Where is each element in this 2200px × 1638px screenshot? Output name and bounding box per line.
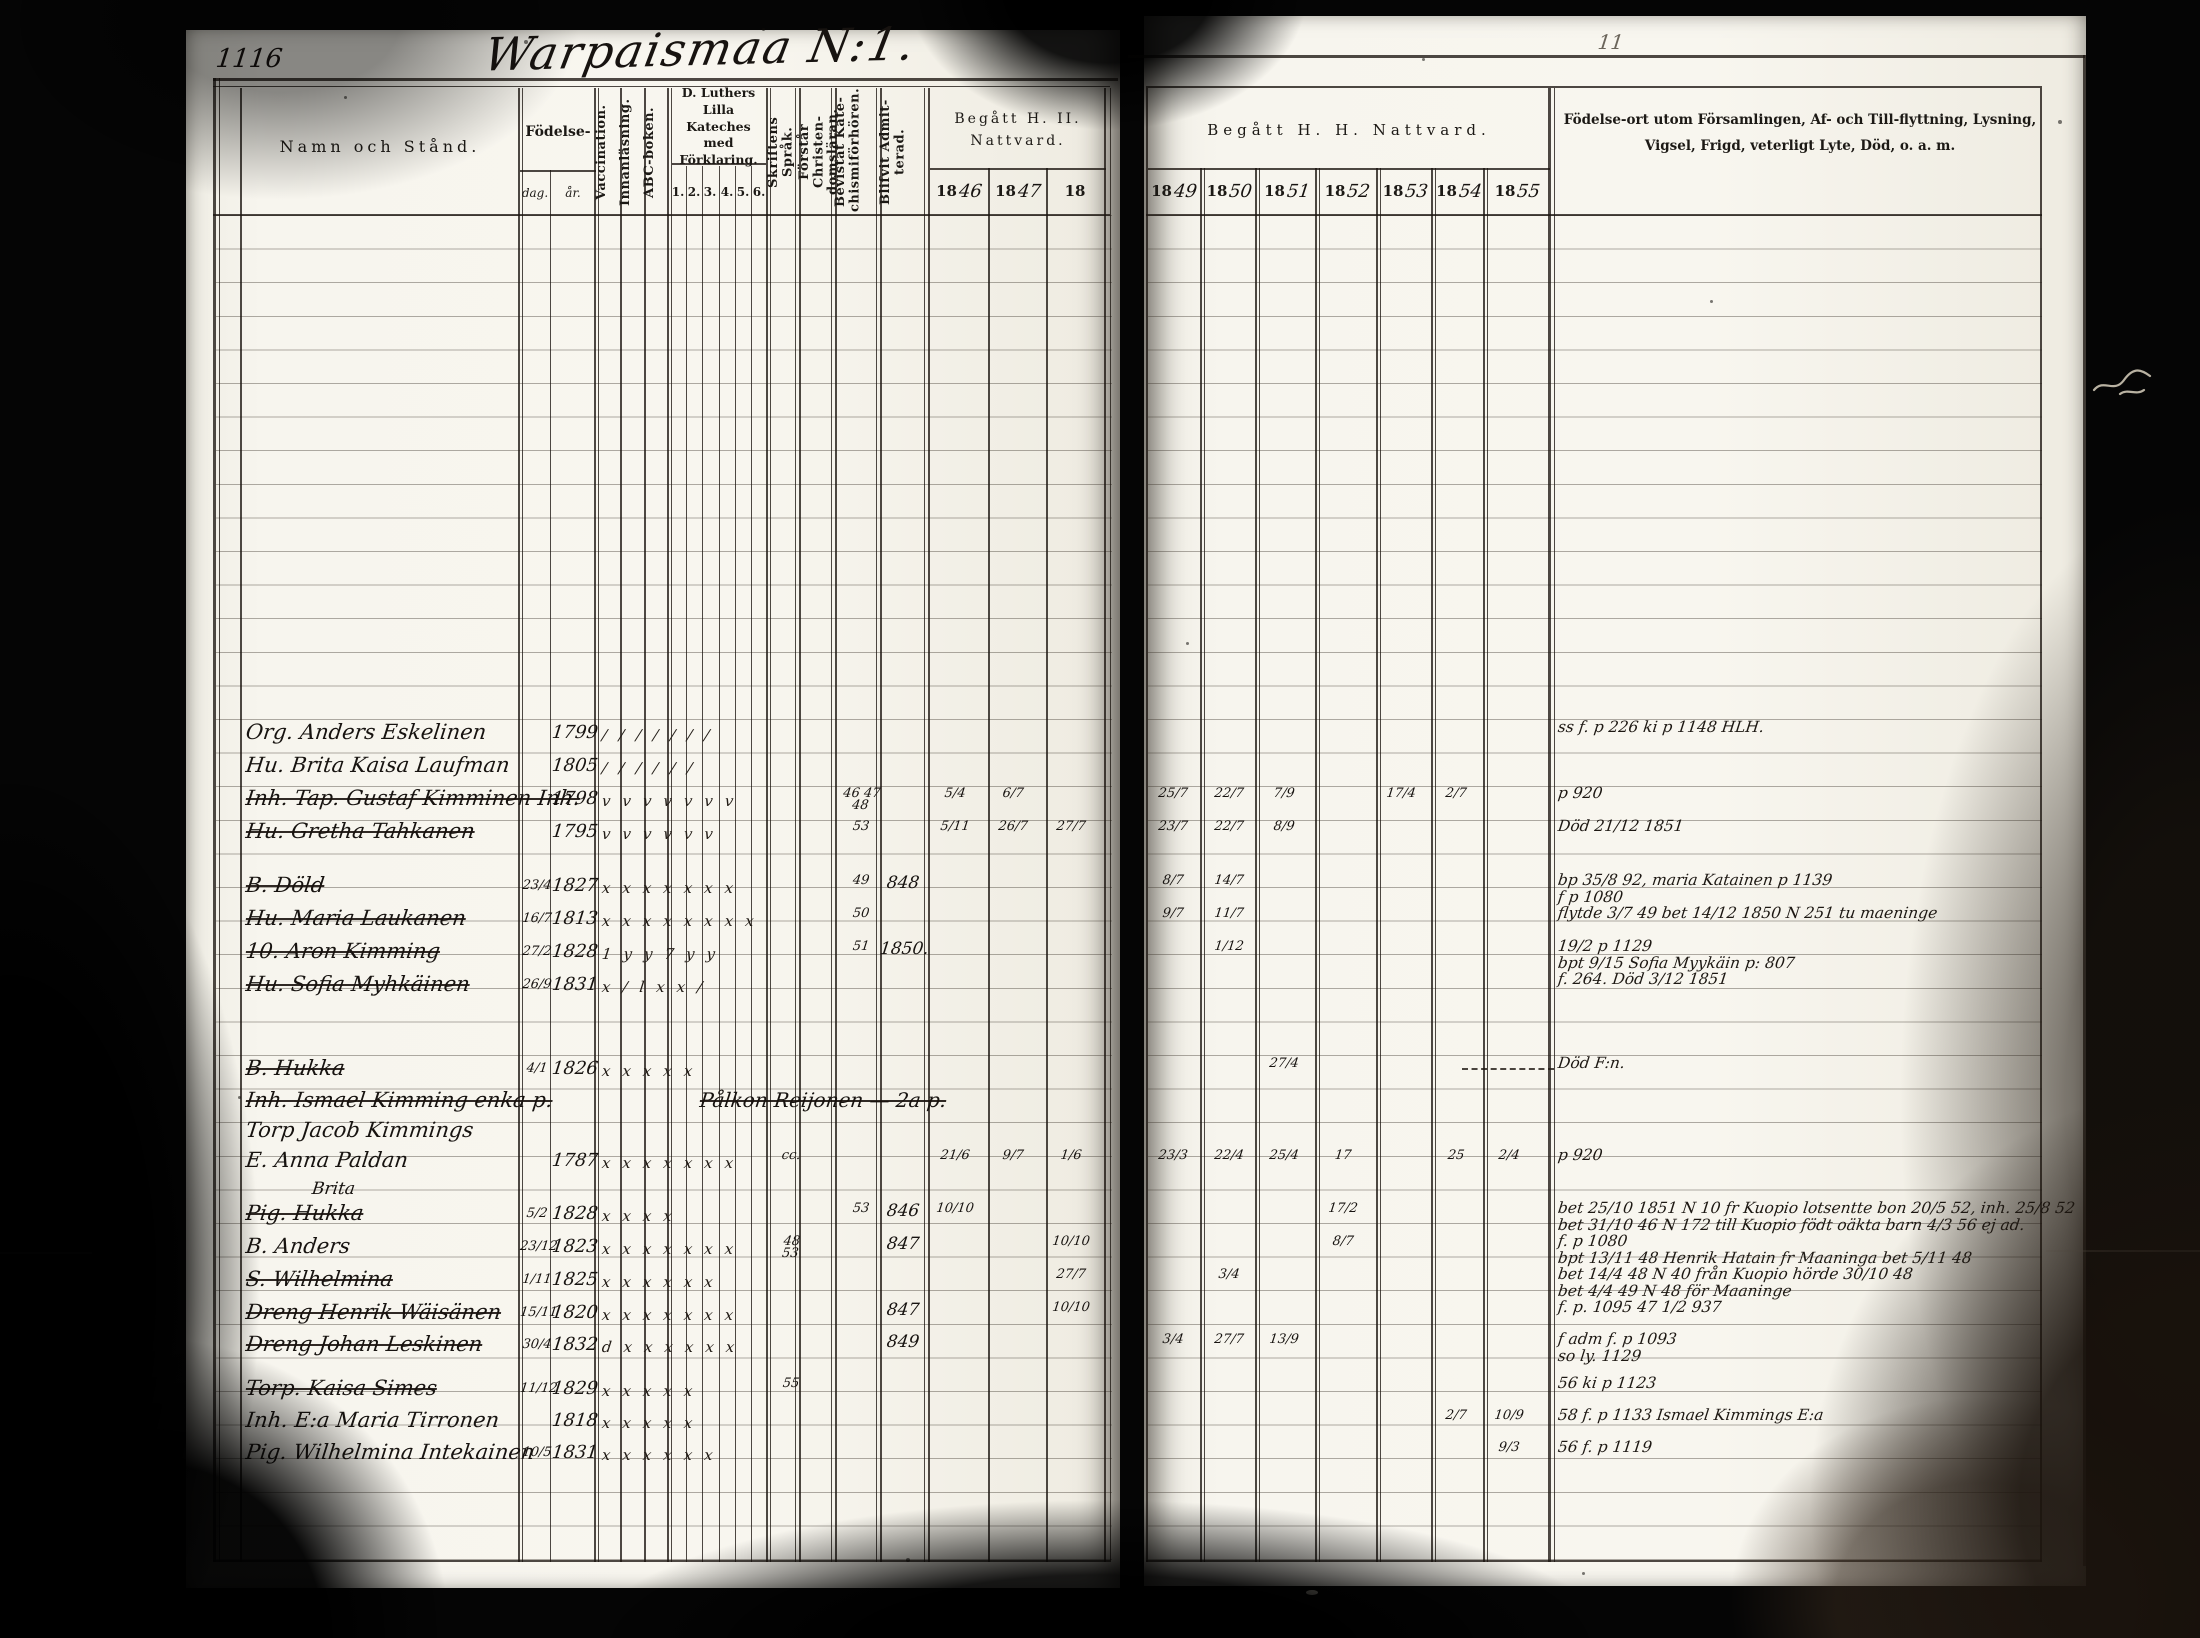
reading-marks: ////// bbox=[601, 759, 706, 777]
person-name: Hu. Maria Laukanen bbox=[245, 906, 468, 930]
person-name: B. Hukka bbox=[245, 1056, 347, 1080]
note-text: f. 264. Död 3/12 1851 bbox=[1557, 970, 1729, 988]
margin-flourish bbox=[2090, 360, 2154, 404]
person-name: B. Anders bbox=[245, 1234, 352, 1258]
note-text: p 920 bbox=[1557, 784, 1604, 802]
communion-mark: 26/7 bbox=[989, 821, 1037, 833]
person-name: Dreng Johan Leskinen bbox=[245, 1332, 484, 1356]
table-row: B. Hukka4/11826xxxxx27/4Död F:n. bbox=[0, 1056, 2200, 1092]
paper-speck bbox=[238, 1096, 241, 1099]
reading-marks: x/lxx/ bbox=[601, 978, 716, 996]
note-text: 56 f. p 1119 bbox=[1557, 1438, 1653, 1456]
catechism-subcolumn-number: 2. bbox=[686, 172, 702, 212]
paper-speck bbox=[1422, 58, 1425, 61]
reading-marks: 1yy7yy bbox=[601, 945, 728, 963]
year-handwritten: 54 bbox=[1458, 181, 1483, 202]
communion-mark: 25 bbox=[1432, 1150, 1480, 1162]
column-header-catechism: D. Luthers Lilla Kateches med Förklaring… bbox=[670, 94, 767, 160]
year-handwritten: 47 bbox=[1017, 181, 1042, 202]
person-name: Inh. Tap. Gustaf Kimminen Inh. bbox=[245, 786, 582, 810]
grid-horizontal-line bbox=[213, 214, 1110, 216]
communion-mark: 46 47 48 bbox=[836, 788, 885, 813]
communion-mark: 10/9 bbox=[1485, 1410, 1533, 1422]
person-name: Dreng Henrik Wäisänen bbox=[245, 1300, 503, 1324]
communion-year-header: 1855 bbox=[1487, 170, 1548, 212]
grid-horizontal-line bbox=[1128, 55, 2085, 58]
note-text: 19/2 p 1129 bbox=[1557, 937, 1653, 955]
reading-marks: xxxx bbox=[601, 1207, 685, 1225]
table-row: Hu. Gretha Tahkanen1795vvvvvv535/1126/72… bbox=[0, 819, 2200, 855]
birth-year: 1832 bbox=[551, 1334, 600, 1355]
reading-marks: xxxxxxx bbox=[601, 1306, 746, 1324]
communion-mark: 3/4 bbox=[1205, 1269, 1253, 1281]
communion-mark: 10/10 bbox=[1047, 1236, 1095, 1248]
communion-mark: 9/7 bbox=[989, 1150, 1037, 1162]
year-handwritten: 49 bbox=[1173, 181, 1198, 202]
communion-mark: 8/7 bbox=[1319, 1236, 1367, 1248]
grid-horizontal-line bbox=[213, 1560, 1110, 1562]
reading-marks: xxxxxx bbox=[601, 1273, 726, 1291]
scan-artifact-line-right bbox=[2046, 1250, 2200, 1252]
year-handwritten: 51 bbox=[1286, 181, 1311, 202]
communion-mark: 17 bbox=[1319, 1150, 1367, 1162]
grid-horizontal-line bbox=[213, 78, 1118, 81]
table-row: Inh. E:a Maria Tirronen1818xxxxx2/710/95… bbox=[0, 1408, 2200, 1444]
communion-year-header: 1852 bbox=[1319, 170, 1376, 212]
year-printed: 18 bbox=[1207, 182, 1228, 200]
communion-mark: 2/7 bbox=[1432, 1410, 1480, 1422]
birth-year: 1820 bbox=[551, 1302, 600, 1323]
overwritten-entry: Pålkon Reijonen — 2a p. bbox=[699, 1088, 1172, 1112]
scan-artifact-line-left bbox=[0, 1252, 92, 1254]
person-name: Torp Jacob Kimmings bbox=[245, 1118, 475, 1142]
catechism-subcolumn-number: 5. bbox=[735, 172, 751, 212]
column-header-notes-line2: Vigsel, Frigd, veterligt Lyte, Död, o. a… bbox=[1562, 138, 2038, 154]
table-row: Dreng Henrik Wäisänen15/111820xxxxxxx847… bbox=[0, 1300, 2200, 1336]
reading-marks: xxxxxxx bbox=[601, 1154, 746, 1172]
person-name: S. Wilhelmina bbox=[245, 1267, 395, 1291]
note-text: bet 25/10 1851 N 10 fr Kuopio lotsentte … bbox=[1557, 1199, 2076, 1217]
note-text: 58 f. p 1133 Ismael Kimmings E:a bbox=[1557, 1406, 1825, 1424]
year-printed: 18 bbox=[1383, 182, 1404, 200]
communion-year-header: 1849 bbox=[1148, 170, 1200, 212]
communion-mark: 23/7 bbox=[1149, 821, 1197, 833]
communion-mark: 22/7 bbox=[1205, 821, 1253, 833]
communion-mark: 25/4 bbox=[1260, 1150, 1308, 1162]
birth-year: 1787 bbox=[551, 1150, 600, 1171]
communion-mark: 27/4 bbox=[1260, 1058, 1308, 1070]
catechism-subcolumn-number: 6. bbox=[751, 172, 767, 212]
communion-mark: 50 bbox=[837, 908, 885, 920]
communion-mark: cc. bbox=[767, 1150, 815, 1162]
person-name: Pig. Hukka bbox=[245, 1201, 365, 1225]
table-row: Org. Anders Eskelinen1799///////ss f. p … bbox=[0, 720, 2200, 756]
note-text: ss f. p 226 ki p 1148 HLH. bbox=[1557, 718, 1765, 736]
year-printed: 18 bbox=[1065, 182, 1086, 200]
communion-mark: 8/7 bbox=[1149, 875, 1197, 887]
communion-year-header: 1846 bbox=[930, 170, 988, 212]
communion-year-header: 1851 bbox=[1259, 170, 1315, 212]
column-header-birth: Födelse- bbox=[520, 100, 596, 164]
birth-year: 1828 bbox=[551, 1203, 600, 1224]
paper-speck bbox=[1582, 1572, 1585, 1575]
note-text: f. p 1080 bbox=[1557, 1232, 1629, 1250]
birth-year: 1827 bbox=[551, 875, 600, 896]
margin-pencil-mark: 11 bbox=[1597, 30, 1625, 54]
communion-mark: 53 bbox=[837, 821, 885, 833]
note-text: bp 35/8 92, maria Katainen p 1139 bbox=[1557, 871, 1833, 889]
communion-mark: 21/6 bbox=[931, 1150, 979, 1162]
birth-year: 1805 bbox=[551, 755, 600, 776]
communion-mark: 51 bbox=[837, 941, 885, 953]
year-printed: 18 bbox=[1264, 182, 1285, 200]
communion-year-header: 1853 bbox=[1380, 170, 1431, 212]
column-header-innanlasning: Innanläsning. bbox=[619, 92, 644, 212]
person-name: Org. Anders Eskelinen bbox=[245, 720, 488, 744]
birth-year: 1795 bbox=[551, 821, 600, 842]
birth-day: 27/2 bbox=[519, 944, 555, 959]
column-header-birth-day: dag. bbox=[520, 176, 550, 210]
birth-day: 11/12 bbox=[519, 1381, 555, 1396]
grid-horizontal-line bbox=[213, 86, 1110, 87]
birth-year: 1831 bbox=[551, 974, 600, 995]
communion-mark: 1/12 bbox=[1205, 941, 1253, 953]
reading-marks: xxxxx bbox=[601, 1414, 706, 1432]
reading-marks: xxxxxxx bbox=[601, 1240, 746, 1258]
communion-mark: 5/11 bbox=[931, 821, 979, 833]
note-text: flytde 3/7 49 bet 14/12 1850 N 251 tu ma… bbox=[1557, 904, 1939, 922]
birth-year: 1818 bbox=[551, 1410, 600, 1431]
table-row: Torp. Kaisa Simes11/121829xxxxx5556 ki p… bbox=[0, 1376, 2200, 1412]
birth-day: 26/9 bbox=[519, 977, 555, 992]
reading-marks: /////// bbox=[601, 726, 723, 744]
table-row: Hu. Brita Kaisa Laufman1805////// bbox=[0, 753, 2200, 789]
communion-mark: 847 bbox=[879, 1236, 927, 1252]
scan-artifact-dot-bottom bbox=[1306, 1590, 1318, 1595]
birth-year: 1823 bbox=[551, 1236, 600, 1257]
year-handwritten: 46 bbox=[958, 181, 983, 202]
reading-marks: dxxxxxx bbox=[601, 1338, 748, 1356]
catechism-subcolumn-number: 4. bbox=[719, 172, 735, 212]
reading-marks: xxxxx bbox=[601, 1062, 706, 1080]
year-printed: 18 bbox=[1325, 182, 1346, 200]
paper-speck bbox=[762, 28, 765, 31]
grid-horizontal-line bbox=[1146, 1560, 2042, 1562]
person-name: Hu. Gretha Tahkanen bbox=[245, 819, 477, 843]
communion-year-header: 1850 bbox=[1204, 170, 1255, 212]
communion-mark: 17/4 bbox=[1377, 788, 1425, 800]
column-header-forstar-christendomslaran: Förstår Christen- domsläran. bbox=[798, 92, 834, 212]
paper-speck bbox=[344, 96, 347, 99]
communion-mark: 22/4 bbox=[1205, 1150, 1253, 1162]
birth-day: 15/11 bbox=[519, 1305, 555, 1320]
communion-mark: 849 bbox=[879, 1334, 927, 1350]
paper-speck bbox=[524, 40, 528, 44]
communion-mark: 847 bbox=[879, 1302, 927, 1318]
birth-year: 1825 bbox=[551, 1269, 600, 1290]
communion-mark: 10/10 bbox=[931, 1203, 979, 1215]
birth-year: 1831 bbox=[551, 1442, 600, 1463]
birth-year: 1813 bbox=[551, 908, 600, 929]
birth-day: 10/5 bbox=[519, 1445, 555, 1460]
column-header-name: Namn och Stånd. bbox=[242, 96, 518, 196]
scanned-church-record-spread: 1116 Warpaismaa N:1. 11 Namn och Stånd. … bbox=[0, 0, 2200, 1638]
birth-year: 1798 bbox=[551, 788, 600, 809]
birth-day: 4/1 bbox=[519, 1061, 555, 1076]
reading-marks: vvvvvvv bbox=[601, 792, 747, 810]
note-text: 56 ki p 1123 bbox=[1557, 1374, 1657, 1392]
year-printed: 18 bbox=[995, 182, 1016, 200]
note-text: f adm f. p 1093 bbox=[1557, 1330, 1678, 1348]
communion-mark: 2/4 bbox=[1485, 1150, 1533, 1162]
communion-year-header: 18 bbox=[1048, 170, 1104, 212]
year-printed: 18 bbox=[936, 182, 957, 200]
birth-day: 23/12 bbox=[519, 1239, 555, 1254]
column-header-birth-year: år. bbox=[552, 176, 594, 210]
communion-mark: 27/7 bbox=[1205, 1334, 1253, 1346]
birth-day: 30/4 bbox=[519, 1337, 555, 1352]
communion-mark: 848 bbox=[879, 875, 927, 891]
birth-day: 5/2 bbox=[519, 1206, 555, 1221]
paper-speck bbox=[2058, 120, 2062, 124]
communion-mark: 3/4 bbox=[1149, 1334, 1197, 1346]
year-handwritten: 55 bbox=[1516, 181, 1541, 202]
column-header-skriftens-sprak: Skriftens Språk. bbox=[767, 92, 798, 212]
communion-mark: 13/9 bbox=[1260, 1334, 1308, 1346]
person-name: Torp. Kaisa Simes bbox=[245, 1376, 439, 1400]
communion-mark: 23/3 bbox=[1149, 1150, 1197, 1162]
birth-day: 23/4 bbox=[519, 878, 555, 893]
year-handwritten: 50 bbox=[1228, 181, 1253, 202]
year-printed: 18 bbox=[1151, 182, 1172, 200]
person-name: Hu. Brita Kaisa Laufman bbox=[245, 753, 512, 777]
table-row: Inh. Tap. Gustaf Kimminen Inh.1798vvvvvv… bbox=[0, 786, 2200, 822]
grid-horizontal-line bbox=[520, 170, 596, 172]
column-header-abc-boken: ABC-boken. bbox=[643, 92, 668, 212]
communion-mark: 5/4 bbox=[931, 788, 979, 800]
reading-marks: vvvvvv bbox=[601, 825, 726, 843]
paper-speck bbox=[1186, 642, 1189, 645]
column-header-notes-line1: Födelse-ort utom Församlingen, Af- och T… bbox=[1562, 112, 2038, 128]
communion-mark: 27/7 bbox=[1047, 821, 1095, 833]
communion-mark: 7/9 bbox=[1260, 788, 1308, 800]
table-row: S. Wilhelmina1/111825xxxxxx27/73/4bet 14… bbox=[0, 1267, 2200, 1303]
communion-mark: 27/7 bbox=[1047, 1269, 1095, 1281]
communion-mark: 55 bbox=[767, 1378, 815, 1390]
birth-year: 1799 bbox=[551, 722, 600, 743]
communion-mark: 53 bbox=[837, 1203, 885, 1215]
table-row: Hu. Sofia Myhkäinen26/91831x/lxx/f. 264.… bbox=[0, 972, 2200, 1008]
person-name: Inh. Ismael Kimming enka p. bbox=[245, 1088, 555, 1112]
grid-horizontal-line bbox=[1146, 86, 2042, 88]
communion-mark: 846 bbox=[879, 1203, 927, 1219]
table-row: Pig. Wilhelmina Intekainen10/51831xxxxxx… bbox=[0, 1440, 2200, 1476]
page-title: Warpaismaa N:1. bbox=[480, 16, 921, 81]
column-header-blifvit-admitterad: Blifvit Admit- terad. bbox=[879, 92, 927, 212]
birth-year: 1829 bbox=[551, 1378, 600, 1399]
reading-marks: xxxxxx bbox=[601, 1446, 726, 1464]
birth-year: 1828 bbox=[551, 941, 600, 962]
column-header-communion-left: Begått H. II. Nattvard. bbox=[930, 96, 1106, 164]
note-text: so ly. 1129 bbox=[1557, 1347, 1642, 1365]
person-name: 10. Aron Kimming bbox=[245, 939, 442, 963]
column-header-bevistat-katechismiforhoren: Bevistat Kate- chismiförhören. bbox=[834, 92, 879, 212]
year-handwritten: 53 bbox=[1404, 181, 1429, 202]
catechism-subcolumn-number: 1. bbox=[670, 172, 686, 212]
birth-year: 1826 bbox=[551, 1058, 600, 1079]
communion-mark: 9/7 bbox=[1149, 908, 1197, 920]
reading-marks: xxxxxxx bbox=[601, 879, 746, 897]
table-row: 10. Aron Kimming27/218281yy7yy511850.1/1… bbox=[0, 939, 2200, 975]
note-text: f. p. 1095 47 1/2 937 bbox=[1557, 1298, 1723, 1316]
communion-year-header: 1854 bbox=[1435, 170, 1483, 212]
communion-mark: 9/3 bbox=[1485, 1442, 1533, 1454]
communion-mark: 2/7 bbox=[1432, 788, 1480, 800]
person-name: B. Döld bbox=[245, 873, 326, 897]
note-text: p 920 bbox=[1557, 1146, 1604, 1164]
person-name-correction: Brita bbox=[311, 1179, 356, 1199]
communion-mark: 14/7 bbox=[1205, 875, 1253, 887]
year-printed: 18 bbox=[1436, 182, 1457, 200]
communion-mark: 10/10 bbox=[1047, 1302, 1095, 1314]
page-number: 1116 bbox=[214, 44, 284, 74]
table-row: BritaPig. Hukka5/21828xxxx5384610/1017/2… bbox=[0, 1201, 2200, 1237]
grid-horizontal-line bbox=[1146, 214, 2042, 216]
birth-day: 16/7 bbox=[519, 911, 555, 926]
communion-mark: 48 53 bbox=[766, 1236, 815, 1261]
year-printed: 18 bbox=[1495, 182, 1516, 200]
communion-mark: 8/9 bbox=[1260, 821, 1308, 833]
communion-mark: 1850. bbox=[879, 941, 927, 957]
column-header-vaccination: Vaccination. bbox=[595, 92, 620, 212]
person-name: Pig. Wilhelmina Intekainen bbox=[245, 1440, 536, 1464]
table-row: Dreng Johan Leskinen30/41832dxxxxxx8493/… bbox=[0, 1332, 2200, 1368]
column-header-communion-right: Begått H. H. Nattvard. bbox=[1148, 98, 1550, 162]
communion-mark: 22/7 bbox=[1205, 788, 1253, 800]
communion-mark: 49 bbox=[837, 875, 885, 887]
communion-mark: 11/7 bbox=[1205, 908, 1253, 920]
note-text: Död 21/12 1851 bbox=[1557, 817, 1685, 835]
hand-dash-line bbox=[1462, 1068, 1554, 1070]
person-name: Inh. E:a Maria Tirronen bbox=[245, 1408, 501, 1432]
communion-year-header: 1847 bbox=[990, 170, 1046, 212]
reading-marks: xxxxxxxx bbox=[601, 912, 767, 930]
table-row: Hu. Maria Laukanen16/71813xxxxxxxx509/71… bbox=[0, 906, 2200, 942]
reading-marks: xxxxx bbox=[601, 1382, 706, 1400]
birth-day: 1/11 bbox=[519, 1272, 555, 1287]
catechism-subcolumn-number: 3. bbox=[702, 172, 718, 212]
note-text: bet 14/4 48 N 40 från Kuopio hörde 30/10… bbox=[1557, 1265, 1914, 1283]
person-name: E. Anna Paldan bbox=[245, 1148, 410, 1172]
note-text: Död F:n. bbox=[1557, 1054, 1626, 1072]
communion-mark: 25/7 bbox=[1149, 788, 1197, 800]
paper-speck bbox=[1710, 300, 1713, 303]
person-name: Hu. Sofia Myhkäinen bbox=[245, 972, 472, 996]
communion-mark: 1/6 bbox=[1047, 1150, 1095, 1162]
paper-speck bbox=[906, 1558, 910, 1562]
communion-mark: 6/7 bbox=[989, 788, 1037, 800]
communion-mark: 17/2 bbox=[1319, 1203, 1367, 1215]
year-handwritten: 52 bbox=[1346, 181, 1371, 202]
